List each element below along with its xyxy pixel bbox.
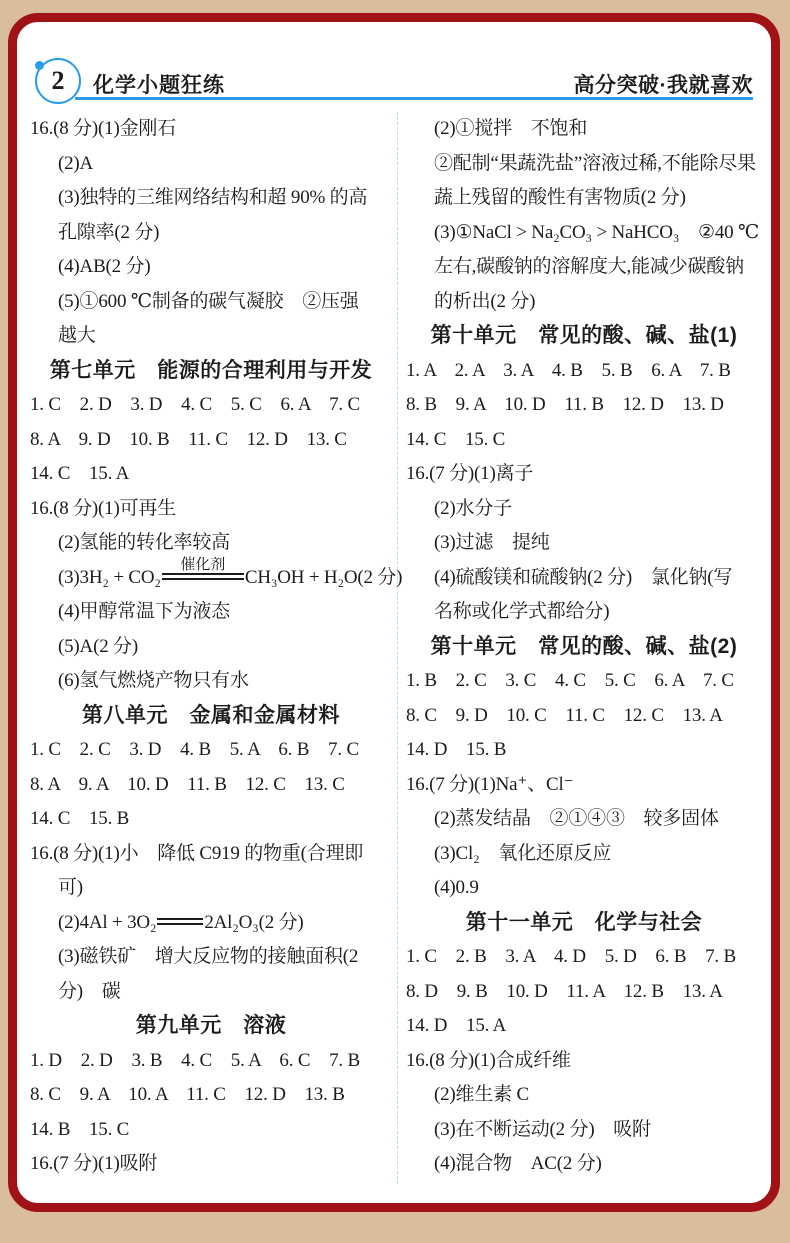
double-bond-line — [157, 918, 203, 925]
page-number: 2 — [37, 66, 79, 96]
page-frame: 2 化学小题狂练 高分突破·我就喜欢 16.(8 分)(1)金刚石(2)A(3)… — [8, 13, 780, 1212]
choices-row: 8. D 9. B 10. D 11. A 12. B 13. A — [406, 975, 762, 1010]
answer-line: 的析出(2 分) — [406, 285, 762, 320]
equation-lhs: (2)4Al + 3O₂ — [58, 912, 156, 933]
answer-line: 16.(7 分)(1)吸附 — [30, 1147, 392, 1182]
answer-line: (5)①600 ℃制备的碳气凝胶 ②压强 — [30, 285, 392, 320]
choices-row: 8. C 9. D 10. C 11. C 12. C 13. A — [406, 699, 762, 734]
choices-row: 14. C 15. B — [30, 802, 392, 837]
section-title: 第十一单元 化学与社会 — [406, 906, 762, 941]
equation-line: (2)4Al + 3O₂2Al₂O₃(2 分) — [30, 906, 392, 941]
page-number-badge: 2 — [35, 58, 81, 104]
equation-line: (3)3H₂ + CO₂催化剂CH₃OH + H₂O(2 分) — [30, 561, 392, 596]
choices-row: 14. D 15. B — [406, 733, 762, 768]
choices-row: 8. B 9. A 10. D 11. B 12. D 13. D — [406, 388, 762, 423]
choices-row: 1. C 2. B 3. A 4. D 5. D 6. B 7. B — [406, 940, 762, 975]
answer-line: (2)蒸发结晶 ②①④③ 较多固体 — [406, 802, 762, 837]
answer-line: (2)①搅拌 不饱和 — [406, 112, 762, 147]
choices-row: 1. A 2. A 3. A 4. B 5. B 6. A 7. B — [406, 354, 762, 389]
choices-row: 1. B 2. C 3. C 4. C 5. C 6. A 7. C — [406, 664, 762, 699]
answer-line: (2)A — [30, 147, 392, 182]
header-slogan: 高分突破·我就喜欢 — [574, 69, 754, 99]
answer-line: 16.(7 分)(1)离子 — [406, 457, 762, 492]
left-column: 16.(8 分)(1)金刚石(2)A(3)独特的三维网络结构和超 90% 的高孔… — [30, 112, 392, 1182]
choices-row: 14. B 15. C — [30, 1113, 392, 1148]
answer-line: 16.(8 分)(1)可再生 — [30, 492, 392, 527]
answer-line: 左右,碳酸钠的溶解度大,能减少碳酸钠 — [406, 250, 762, 285]
answer-line: (3)过滤 提纯 — [406, 526, 762, 561]
answer-line: 可) — [30, 871, 392, 906]
choices-row: 1. C 2. D 3. D 4. C 5. C 6. A 7. C — [30, 388, 392, 423]
choices-row: 1. D 2. D 3. B 4. C 5. A 6. C 7. B — [30, 1044, 392, 1079]
answer-line: 16.(8 分)(1)合成纤维 — [406, 1044, 762, 1079]
choices-row: 8. A 9. D 10. B 11. C 12. D 13. C — [30, 423, 392, 458]
equation-rhs: 2Al₂O₃(2 分) — [204, 912, 303, 933]
answer-line: 16.(7 分)(1)Na⁺、Cl⁻ — [406, 768, 762, 803]
answer-line: (3)①NaCl > Na₂CO₃ > NaHCO₃ ②40 ℃ — [406, 216, 762, 251]
column-divider — [397, 112, 398, 1184]
choices-row: 14. C 15. C — [406, 423, 762, 458]
answer-line: (3)独特的三维网络结构和超 90% 的高 — [30, 181, 392, 216]
answer-line: (2)水分子 — [406, 492, 762, 527]
choices-row: 8. A 9. A 10. D 11. B 12. C 13. C — [30, 768, 392, 803]
answer-line: ②配制“果蔬洗盐”溶液过稀,不能除尽果 — [406, 147, 762, 182]
answer-line: (2)维生素 C — [406, 1078, 762, 1113]
right-column: (2)①搅拌 不饱和②配制“果蔬洗盐”溶液过稀,不能除尽果蔬上残留的酸性有害物质… — [406, 112, 762, 1182]
choices-row: 14. C 15. A — [30, 457, 392, 492]
answer-line: (3)Cl₂ 氧化还原反应 — [406, 837, 762, 872]
scanned-answer-page: 2 化学小题狂练 高分突破·我就喜欢 16.(8 分)(1)金刚石(2)A(3)… — [0, 0, 790, 1243]
answer-line: (4)AB(2 分) — [30, 250, 392, 285]
answer-line: 名称或化学式都给分) — [406, 595, 762, 630]
answer-line: 越大 — [30, 319, 392, 354]
section-title: 第十单元 常见的酸、碱、盐(2) — [406, 630, 762, 665]
catalyst-label: 催化剂 — [180, 558, 225, 573]
answer-line: (4)甲醇常温下为液态 — [30, 595, 392, 630]
answer-line: 16.(8 分)(1)金刚石 — [30, 112, 392, 147]
answer-line: (4)混合物 AC(2 分) — [406, 1147, 762, 1182]
choices-row: 14. D 15. A — [406, 1009, 762, 1044]
answer-line: 16.(8 分)(1)小 降低 C919 的物重(合理即 — [30, 837, 392, 872]
section-title: 第十单元 常见的酸、碱、盐(1) — [406, 319, 762, 354]
answer-line: (5)A(2 分) — [30, 630, 392, 665]
double-bond-line: 催化剂 — [162, 573, 244, 580]
equation-lhs: (3)3H₂ + CO₂ — [58, 567, 161, 588]
section-title: 第八单元 金属和金属材料 — [30, 699, 392, 734]
answer-line: (3)磁铁矿 增大反应物的接触面积(2 — [30, 940, 392, 975]
section-title: 第九单元 溶液 — [30, 1009, 392, 1044]
equation-rhs: CH₃OH + H₂O(2 分) — [245, 567, 402, 588]
section-title: 第七单元 能源的合理利用与开发 — [30, 354, 392, 389]
choices-row: 8. C 9. A 10. A 11. C 12. D 13. B — [30, 1078, 392, 1113]
book-title: 化学小题狂练 — [93, 69, 225, 99]
answer-line: (6)氢气燃烧产物只有水 — [30, 664, 392, 699]
choices-row: 1. C 2. C 3. D 4. B 5. A 6. B 7. C — [30, 733, 392, 768]
answer-line: 蔬上残留的酸性有害物质(2 分) — [406, 181, 762, 216]
answer-line: (4)0.9 — [406, 871, 762, 906]
answer-line: 分) 碳 — [30, 975, 392, 1010]
answer-line: (4)硫酸镁和硫酸钠(2 分) 氯化钠(写 — [406, 561, 762, 596]
answer-line: (3)在不断运动(2 分) 吸附 — [406, 1113, 762, 1148]
answer-line: 孔隙率(2 分) — [30, 216, 392, 251]
answer-line: (2)氢能的转化率较高 — [30, 526, 392, 561]
